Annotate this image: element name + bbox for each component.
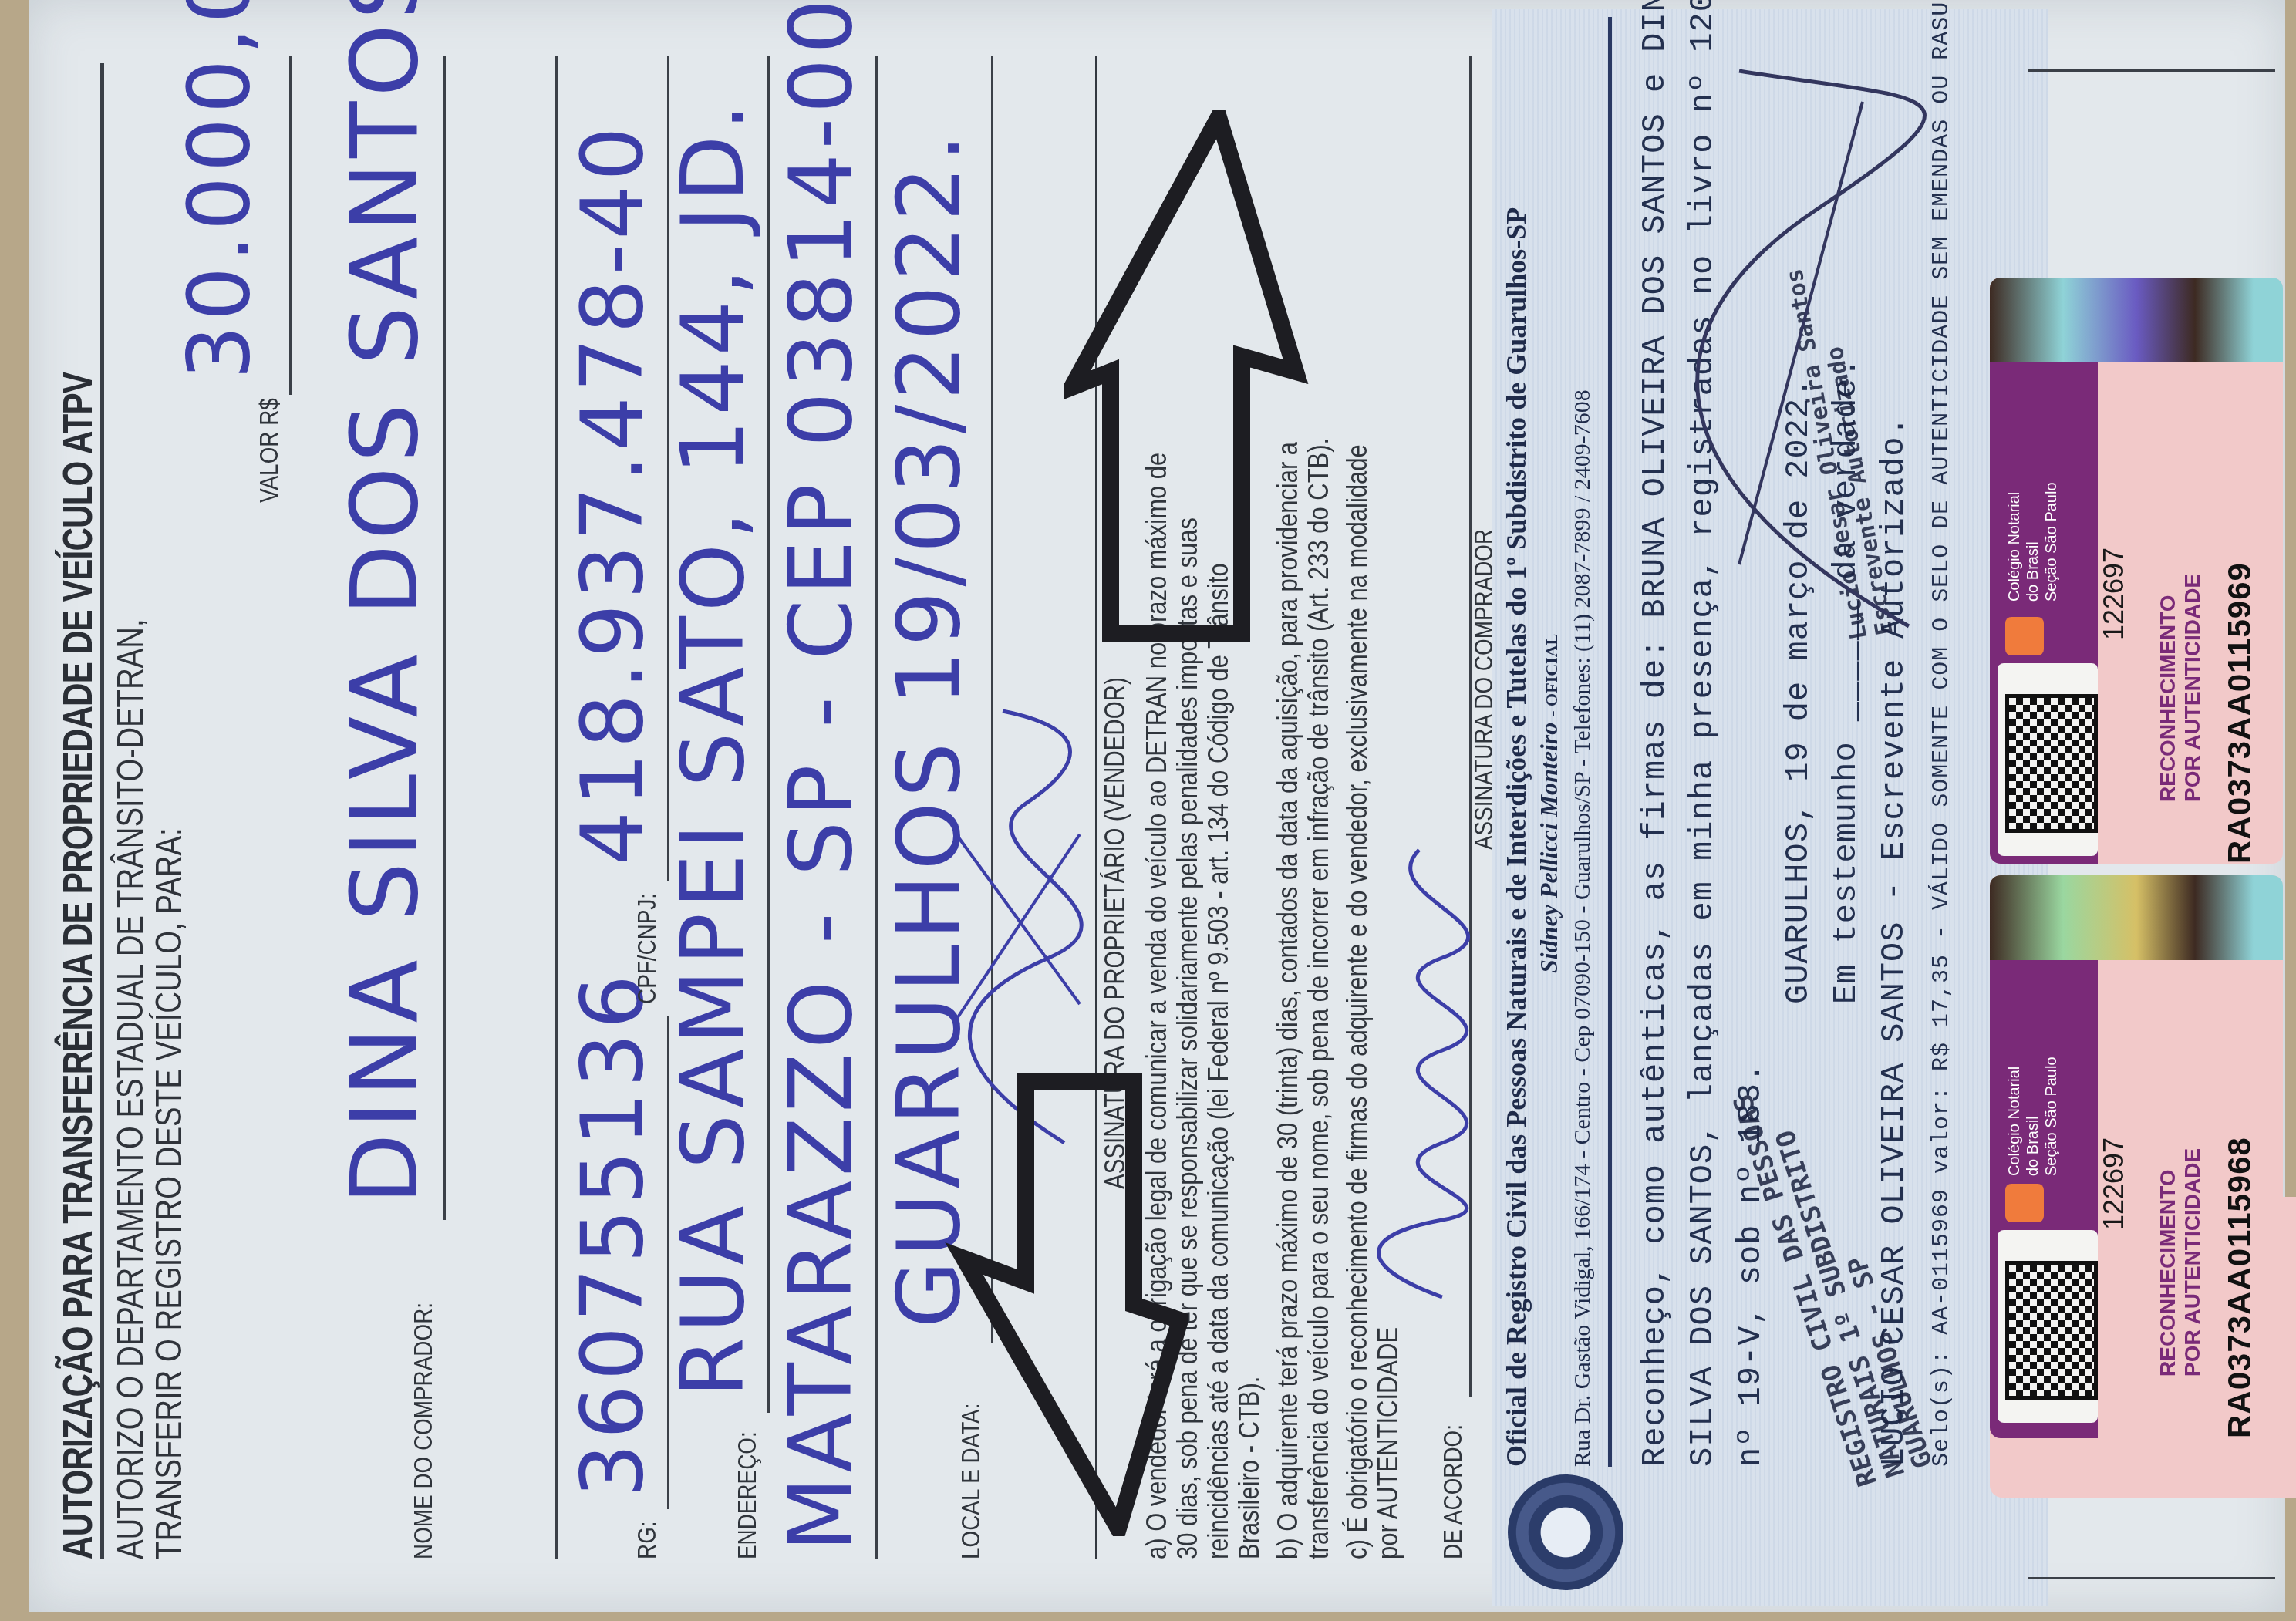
seal-org: Colégio Notarial do Brasil Seção São Pau… [2005,386,2061,602]
address-line-2 [875,56,878,1559]
seal-qr-area [1998,663,2098,856]
notary-arrow-stamp-right [1064,110,1311,649]
value-field[interactable]: 30.000,00 [170,0,268,379]
document-title: AUTORIZAÇÃO PARA TRANSFERÊNCIA DE PROPRI… [54,372,102,1559]
blank-line-bottom [2028,1577,2275,1579]
colegio-notarial-logo-icon [2005,1184,2044,1222]
seal-number: 122697 [2098,999,2144,1230]
authenticity-seal-1: 122697 RECONHECIMENTO POR AUTENTICIDADE … [1990,875,2283,1438]
seal-type-line: RECONHECIMENTO [2156,1169,2180,1377]
notary-signature [1585,56,1971,642]
seal-org-line: do Brasil [2025,541,2041,602]
value-label: VALOR R$ [255,398,285,503]
address-field-2[interactable]: MATARAZZO - SP - CEP 03814-000 [771,0,872,1552]
subtitle-line-2: TRANSFERIR O REGISTRO DESTE VEÍCULO, PAR… [150,618,189,1559]
seal-org-line: do Brasil [2025,1116,2041,1176]
address-field-1[interactable]: RUA SAMPEI SATO, 144, JD. [663,99,764,1397]
cpf-label: CPF/CNPJ: [632,893,663,1004]
notary-officer-name: Sidney Pellicci Monteiro [1535,723,1563,973]
notary-officer-role: - OFICIAL [1542,634,1561,716]
seal-org-line: Colégio Notarial [2006,492,2023,602]
seal-type: RECONHECIMENTO POR AUTENTICIDADE [2156,976,2205,1377]
buyer-name-line [443,56,446,1220]
atpv-document: AUTORIZAÇÃO PARA TRANSFERÊNCIA DE PROPRI… [0,0,2296,1621]
rg-field[interactable]: 360755136 [563,970,662,1498]
seal-type: RECONHECIMENTO POR AUTENTICIDADE [2156,386,2205,802]
notary-arrow-stamp-left [941,1058,1188,1536]
seal-code: RA0373AA0115968 [2221,960,2258,1438]
colegio-notarial-logo-icon [2005,617,2044,655]
subtitle-line-1: AUTORIZO O DEPARTAMENTO ESTADUAL DE TRÂN… [112,618,150,1559]
buyer-name-label: NOME DO COMPRADOR: [409,1303,439,1559]
cpf-field[interactable]: 418.937.478-40 [563,123,662,865]
seal-code: RA0373AA0115969 [2221,362,2258,864]
seal-org-line: Seção São Paulo [2043,482,2060,602]
seal-qr-area [1998,1230,2098,1423]
notary-certification: Oficial de Registro Civil das Pessoas Na… [1492,9,2048,1606]
notary-officer: Sidney Pellicci Monteiro - OFICIAL [1535,634,1563,973]
seal-org: Colégio Notarial do Brasil Seção São Pau… [2005,976,2061,1176]
buyer-name-field[interactable]: DINA SILVA DOS SANTOS [332,0,439,1205]
value-line [289,56,292,395]
address-label: ENDEREÇO: [733,1431,763,1559]
document-subtitle: AUTORIZO O DEPARTAMENTO ESTADUAL DE TRÂN… [112,618,189,1559]
hologram-strip [1990,278,2283,362]
seal-org-line: Seção São Paulo [2043,1057,2060,1176]
rg-label: RG: [632,1521,663,1559]
title-divider [100,63,104,1559]
address-line [767,56,770,1413]
qr-code-icon [2005,1261,2098,1400]
seal-org-line: Colégio Notarial [2006,1067,2023,1176]
blank-line-top [2028,69,2275,72]
seal-type-line: POR AUTENTICIDADE [2180,1148,2204,1377]
notary-office-line: Oficial de Registro Civil das Pessoas Na… [1500,207,1532,1467]
seal-number: 122697 [2098,409,2144,640]
seal-type-line: RECONHECIMENTO [2156,595,2180,802]
qr-code-icon [2005,694,2098,833]
seal-type-line: POR AUTENTICIDADE [2180,574,2204,802]
authenticity-seal-2: 122697 RECONHECIMENTO POR AUTENTICIDADE … [1990,278,2283,864]
brazil-coat-of-arms-icon [1508,1474,1623,1590]
buyer-signature [1327,773,1481,1313]
agreement-label: DE ACORDO: [1438,1424,1468,1559]
hologram-strip [1990,875,2283,960]
buyer-name-line-2 [555,56,558,1559]
